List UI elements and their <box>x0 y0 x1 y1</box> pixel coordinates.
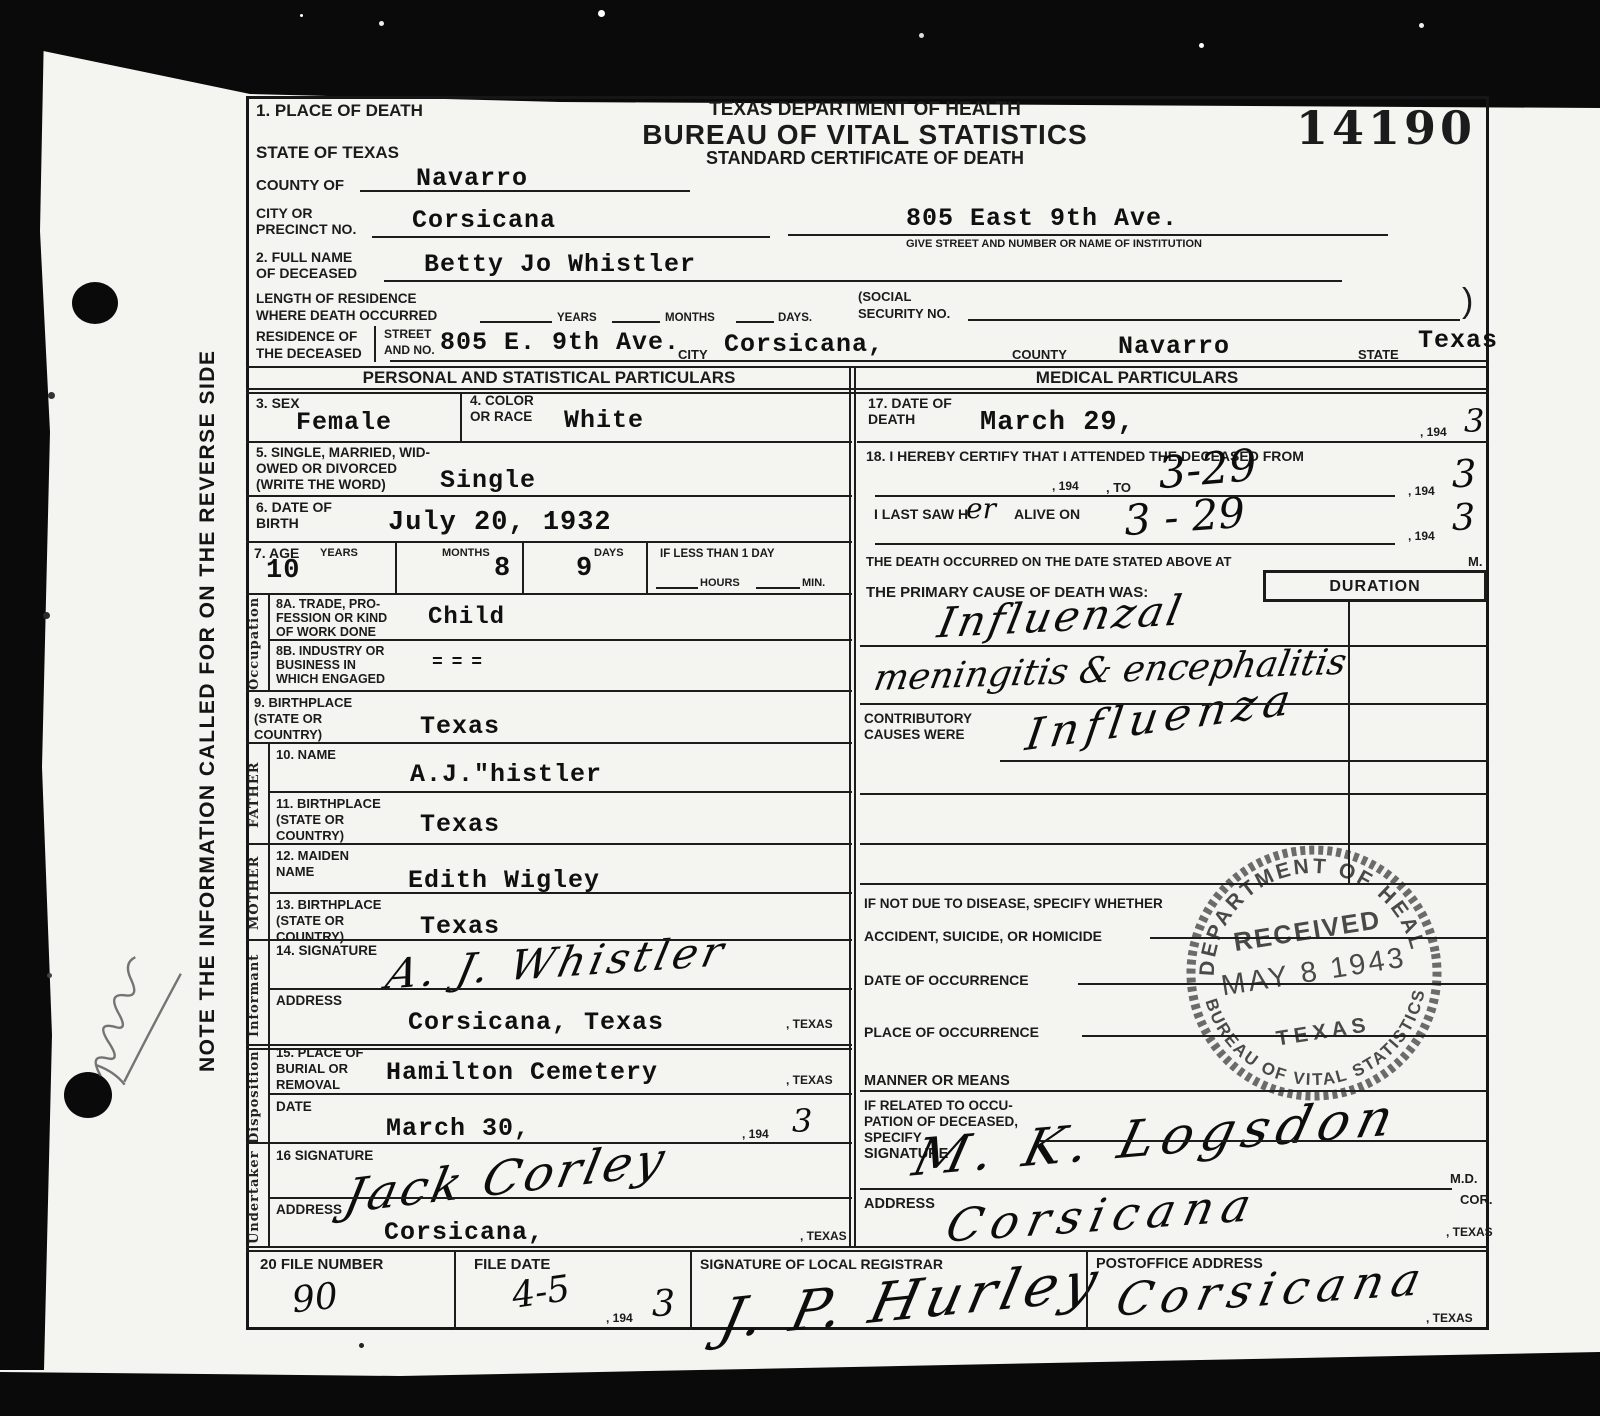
dept-title: TEXAS DEPARTMENT OF HEALTH <box>590 100 1140 120</box>
rule <box>454 1252 456 1330</box>
mother-name-label-1: 12. MAIDEN <box>276 849 349 863</box>
burial-texas-suffix: , TEXAS <box>786 1074 833 1087</box>
rule <box>246 366 1489 368</box>
industry-label-1: 8B. INDUSTRY OR <box>276 645 384 658</box>
city-label-1: CITY OR <box>256 206 313 221</box>
rule <box>246 392 1489 394</box>
father-bp-label-3: COUNTRY) <box>276 829 344 843</box>
residence-county-value: Navarro <box>1118 332 1230 361</box>
rule <box>360 190 690 192</box>
rule <box>860 793 1489 795</box>
cor-suffix: COR. <box>1460 1193 1493 1207</box>
burial-label-2: BURIAL OR <box>276 1062 348 1076</box>
rule <box>788 234 1388 236</box>
contributory-label-2: CAUSES WERE <box>864 728 965 742</box>
trade-value: Child <box>428 604 505 631</box>
rule <box>246 1142 852 1144</box>
rule <box>875 543 1395 545</box>
rule <box>246 1246 1489 1248</box>
burial-year-prefix: , 194 <box>742 1128 769 1141</box>
marital-value: Single <box>440 466 536 495</box>
rule <box>268 892 852 894</box>
birthplace-label-1: 9. BIRTHPLACE <box>254 696 352 710</box>
death-year-value: 3 <box>1464 402 1484 440</box>
burial-value: Hamilton Cemetery <box>386 1058 658 1087</box>
physician-texas-suffix: , TEXAS <box>1446 1226 1493 1239</box>
postoffice-texas-suffix: , TEXAS <box>1426 1312 1473 1325</box>
burial-date-value: March 30, <box>386 1114 530 1143</box>
disposition-side-label: Disposition <box>247 1052 267 1144</box>
place-of-occurrence-label: PLACE OF OCCURRENCE <box>864 1025 1039 1040</box>
bureau-title: BUREAU OF VITAL STATISTICS <box>590 120 1140 149</box>
informant-side-label: Informant <box>247 943 267 1048</box>
burial-label-3: REMOVAL <box>276 1078 340 1092</box>
last-saw-year: 3 <box>1452 498 1475 539</box>
rule <box>395 543 397 595</box>
marital-label-1: 5. SINGLE, MARRIED, WID- <box>256 446 430 460</box>
attended-to-label: , TO <box>1106 481 1131 495</box>
stamp-texas: TEXAS <box>1275 1013 1372 1051</box>
street-value: 805 East 9th Ave. <box>906 204 1178 233</box>
color-label-1: 4. COLOR <box>470 394 534 408</box>
rule <box>1150 937 1489 939</box>
informant-signature-label: 14. SIGNATURE <box>276 944 377 958</box>
file-number-value: 90 <box>290 1276 340 1322</box>
contributory-label-1: CONTRIBUTORY <box>864 712 972 726</box>
rule <box>246 690 852 692</box>
rule <box>246 541 852 543</box>
father-side-label: FATHER <box>247 746 267 843</box>
rule <box>246 939 852 941</box>
informant-address-label: ADDRESS <box>276 994 342 1008</box>
age-days-value: 9 <box>576 554 593 584</box>
rule <box>1078 983 1489 985</box>
duration-box: DURATION <box>1263 570 1487 602</box>
undertaker-signature-label: 16 SIGNATURE <box>276 1149 373 1163</box>
death-date-value: March 29, <box>980 408 1135 438</box>
ssn-label-1: (SOCIAL <box>858 290 911 304</box>
residence-length-label-2: WHERE DEATH OCCURRED <box>256 309 437 323</box>
fullname-label-1: 2. FULL NAME <box>256 250 352 265</box>
death-year-prefix: , 194 <box>1420 426 1447 439</box>
rule <box>522 543 524 595</box>
rule <box>246 441 852 443</box>
birthplace-value: Texas <box>420 712 500 741</box>
father-bp-value: Texas <box>420 810 500 839</box>
fullname-value: Betty Jo Whistler <box>424 250 696 279</box>
residence-city-value: Corsicana, <box>724 330 884 359</box>
age-days-label: DAYS <box>594 548 624 560</box>
related-occupation-label-3: SPECIFY <box>864 1131 922 1145</box>
scan-border-bottom <box>0 1340 1600 1416</box>
months-label: MONTHS <box>665 312 715 324</box>
rule <box>1000 760 1489 762</box>
standard-title: STANDARD CERTIFICATE OF DEATH <box>590 149 1140 168</box>
age-years-label: YEARS <box>320 548 358 560</box>
rule <box>854 366 856 1248</box>
dob-label-2: BIRTH <box>256 516 299 531</box>
years-label: YEARS <box>557 312 597 324</box>
mother-bp-value: Texas <box>420 912 500 941</box>
undertaker-side-label: Undertaker <box>247 1148 267 1246</box>
min-label: MIN. <box>802 578 825 590</box>
attended-to-year-prefix: , 194 <box>1408 485 1435 498</box>
industry-value: = = = <box>432 653 481 673</box>
last-saw-year-prefix: , 194 <box>1408 530 1435 543</box>
industry-label-3: WHICH ENGAGED <box>276 673 385 686</box>
scan-border-top <box>0 0 1600 110</box>
undertaker-address-label: ADDRESS <box>276 1203 342 1217</box>
file-date-label: FILE DATE <box>474 1257 550 1273</box>
rule <box>860 883 1489 885</box>
rule <box>968 319 1460 321</box>
rule <box>268 744 270 1248</box>
rule <box>268 1093 852 1095</box>
mother-name-value: Edith Wigley <box>408 866 600 895</box>
ssn-label-2: SECURITY NO. <box>858 307 950 321</box>
scan-noise <box>300 14 303 17</box>
rule <box>690 1252 692 1330</box>
rule <box>860 703 1489 705</box>
rule <box>656 587 698 589</box>
mother-side-label: MOTHER <box>247 847 267 939</box>
birthplace-label-3: COUNTRY) <box>254 728 322 742</box>
mother-bp-label-2: (STATE OR <box>276 914 344 928</box>
county-label: COUNTY OF <box>256 178 344 194</box>
rule <box>736 321 774 323</box>
file-date-value: 4-5 <box>509 1268 572 1317</box>
file-number-label: 20 FILE NUMBER <box>260 1257 383 1273</box>
rule <box>390 360 1486 362</box>
trade-label-1: 8A. TRADE, PRO- <box>276 598 380 611</box>
manner-or-means-label: MANNER OR MEANS <box>864 1074 1010 1089</box>
residence-label-2: THE DECEASED <box>256 347 362 361</box>
scan-border-left <box>0 30 52 1370</box>
mother-bp-label-3: COUNTRY) <box>276 930 344 944</box>
father-name-label: 10. NAME <box>276 748 336 762</box>
father-name-value: A.J."histler <box>410 760 602 789</box>
rule <box>1348 600 1350 885</box>
color-value: White <box>564 406 644 435</box>
mother-bp-label-1: 13. BIRTHPLACE <box>276 898 381 912</box>
duration-label: DURATION <box>1329 578 1420 595</box>
age-months-value: 8 <box>494 554 511 584</box>
rule <box>1350 571 1462 573</box>
rule <box>246 495 852 497</box>
burial-year-value: 3 <box>792 1102 812 1140</box>
state-of-texas-label: STATE OF TEXAS <box>256 144 399 162</box>
section-personal: PERSONAL AND STATISTICAL PARTICULARS <box>246 369 852 387</box>
last-saw-label-post: ALIVE ON <box>1014 507 1080 522</box>
mother-name-label-2: NAME <box>276 865 314 879</box>
md-suffix: M.D. <box>1450 1172 1477 1186</box>
attended-from-year-prefix: , 194 <box>1052 480 1079 493</box>
rule <box>857 441 1489 443</box>
rule <box>1040 1140 1489 1142</box>
occurred-m-suffix: M. <box>1468 555 1482 569</box>
marital-label-3: (WRITE THE WORD) <box>256 478 386 492</box>
rule <box>860 645 1489 647</box>
closing-paren: ) <box>1462 284 1473 320</box>
sex-value: Female <box>296 408 392 437</box>
residence-length-label-1: LENGTH OF RESIDENCE <box>256 292 417 306</box>
rule <box>246 388 1489 390</box>
file-year-value: 3 <box>652 1284 675 1325</box>
rule <box>460 393 462 443</box>
related-occupation-label-1: IF RELATED TO OCCU- <box>864 1099 1013 1113</box>
dob-label-1: 6. DATE OF <box>256 500 332 515</box>
rule <box>860 1090 1489 1092</box>
rule <box>246 593 852 595</box>
section-medical: MEDICAL PARTICULARS <box>857 369 1417 387</box>
marital-label-2: OWED OR DIVORCED <box>256 462 397 476</box>
rule <box>268 639 852 641</box>
county-value: Navarro <box>416 164 528 193</box>
if-not-disease-label: IF NOT DUE TO DISEASE, SPECIFY WHETHER <box>864 897 1163 911</box>
rule <box>374 326 376 362</box>
rule <box>268 1197 852 1199</box>
informant-texas-suffix: , TEXAS <box>786 1018 833 1031</box>
birthplace-label-2: (STATE OR <box>254 712 322 726</box>
trade-label-3: OF WORK DONE <box>276 626 376 639</box>
death-date-label-1: 17. DATE OF <box>868 396 952 411</box>
physician-address-label: ADDRESS <box>864 1197 935 1212</box>
rule <box>268 988 852 990</box>
burial-date-label: DATE <box>276 1100 312 1114</box>
rule <box>1082 1035 1489 1037</box>
hole-punch-top <box>72 282 118 324</box>
industry-label-2: BUSINESS IN <box>276 659 356 672</box>
rule <box>646 543 648 595</box>
rule <box>612 321 660 323</box>
rule <box>268 791 852 793</box>
father-bp-label-2: (STATE OR <box>276 813 344 827</box>
rule <box>246 1250 1489 1252</box>
sex-label: 3. SEX <box>256 396 300 411</box>
undertaker-address-value: Corsicana, <box>384 1218 544 1247</box>
fullname-label-2: OF DECEASED <box>256 266 357 281</box>
file-year-prefix: , 194 <box>606 1312 633 1325</box>
color-label-2: OR RACE <box>470 410 532 424</box>
rule <box>246 1048 852 1050</box>
father-bp-label-1: 11. BIRTHPLACE <box>276 797 381 811</box>
undertaker-texas-suffix: , TEXAS <box>800 1230 847 1243</box>
margin-scribble <box>30 890 240 1100</box>
street-no-label-1: STREET <box>384 328 431 341</box>
rule <box>860 843 1489 845</box>
date-of-occurrence-label: DATE OF OCCURRENCE <box>864 973 1029 988</box>
rule <box>372 236 770 238</box>
death-occurred-statement: THE DEATH OCCURRED ON THE DATE STATED AB… <box>866 555 1231 569</box>
received-stamp: DEPARTMENT OF HEALTH BUREAU OF VITAL STA… <box>1164 823 1464 1123</box>
rule <box>849 366 851 1248</box>
accident-suicide-homicide-label: ACCIDENT, SUICIDE, OR HOMICIDE <box>864 929 1102 944</box>
attended-to-year: 3 <box>1452 452 1476 496</box>
dob-value: July 20, 1932 <box>388 508 612 538</box>
trade-label-2: FESSION OR KIND <box>276 612 387 625</box>
age-months-label: MONTHS <box>442 548 490 560</box>
days-label: DAYS. <box>778 312 812 324</box>
rule <box>860 1188 1452 1190</box>
residence-label-1: RESIDENCE OF <box>256 330 357 344</box>
death-date-label-2: DEATH <box>868 412 915 427</box>
hours-label: HOURS <box>700 578 740 590</box>
street-no-label-2: AND NO. <box>384 344 435 357</box>
last-saw-label-pre: I LAST SAW H <box>874 507 968 522</box>
rule <box>246 843 852 845</box>
rule <box>384 280 1342 282</box>
rule <box>875 495 1395 497</box>
place-of-death-label: 1. PLACE OF DEATH <box>256 102 423 120</box>
residence-street-value: 805 E. 9th Ave. <box>440 328 680 357</box>
street-caption: GIVE STREET AND NUMBER OR NAME OF INSTIT… <box>906 239 1202 251</box>
city-value: Corsicana <box>412 206 556 235</box>
occupation-side-label: Occupation <box>247 597 267 690</box>
rule <box>480 321 552 323</box>
rule <box>246 742 852 744</box>
rule <box>246 1044 852 1046</box>
residence-state-value: Texas <box>1418 326 1498 355</box>
age-years-value: 10 <box>266 556 300 586</box>
city-label-2: PRECINCT NO. <box>256 222 356 237</box>
informant-address-value: Corsicana, Texas <box>408 1008 664 1037</box>
rule <box>268 595 270 692</box>
rule <box>756 587 800 589</box>
certificate-number: 14190 <box>1296 104 1476 152</box>
scanned-death-certificate: NOTE THE INFORMATION CALLED FOR ON THE R… <box>0 0 1600 1416</box>
if-less-than-day-label: IF LESS THAN 1 DAY <box>660 548 775 560</box>
rule <box>1086 1252 1088 1330</box>
